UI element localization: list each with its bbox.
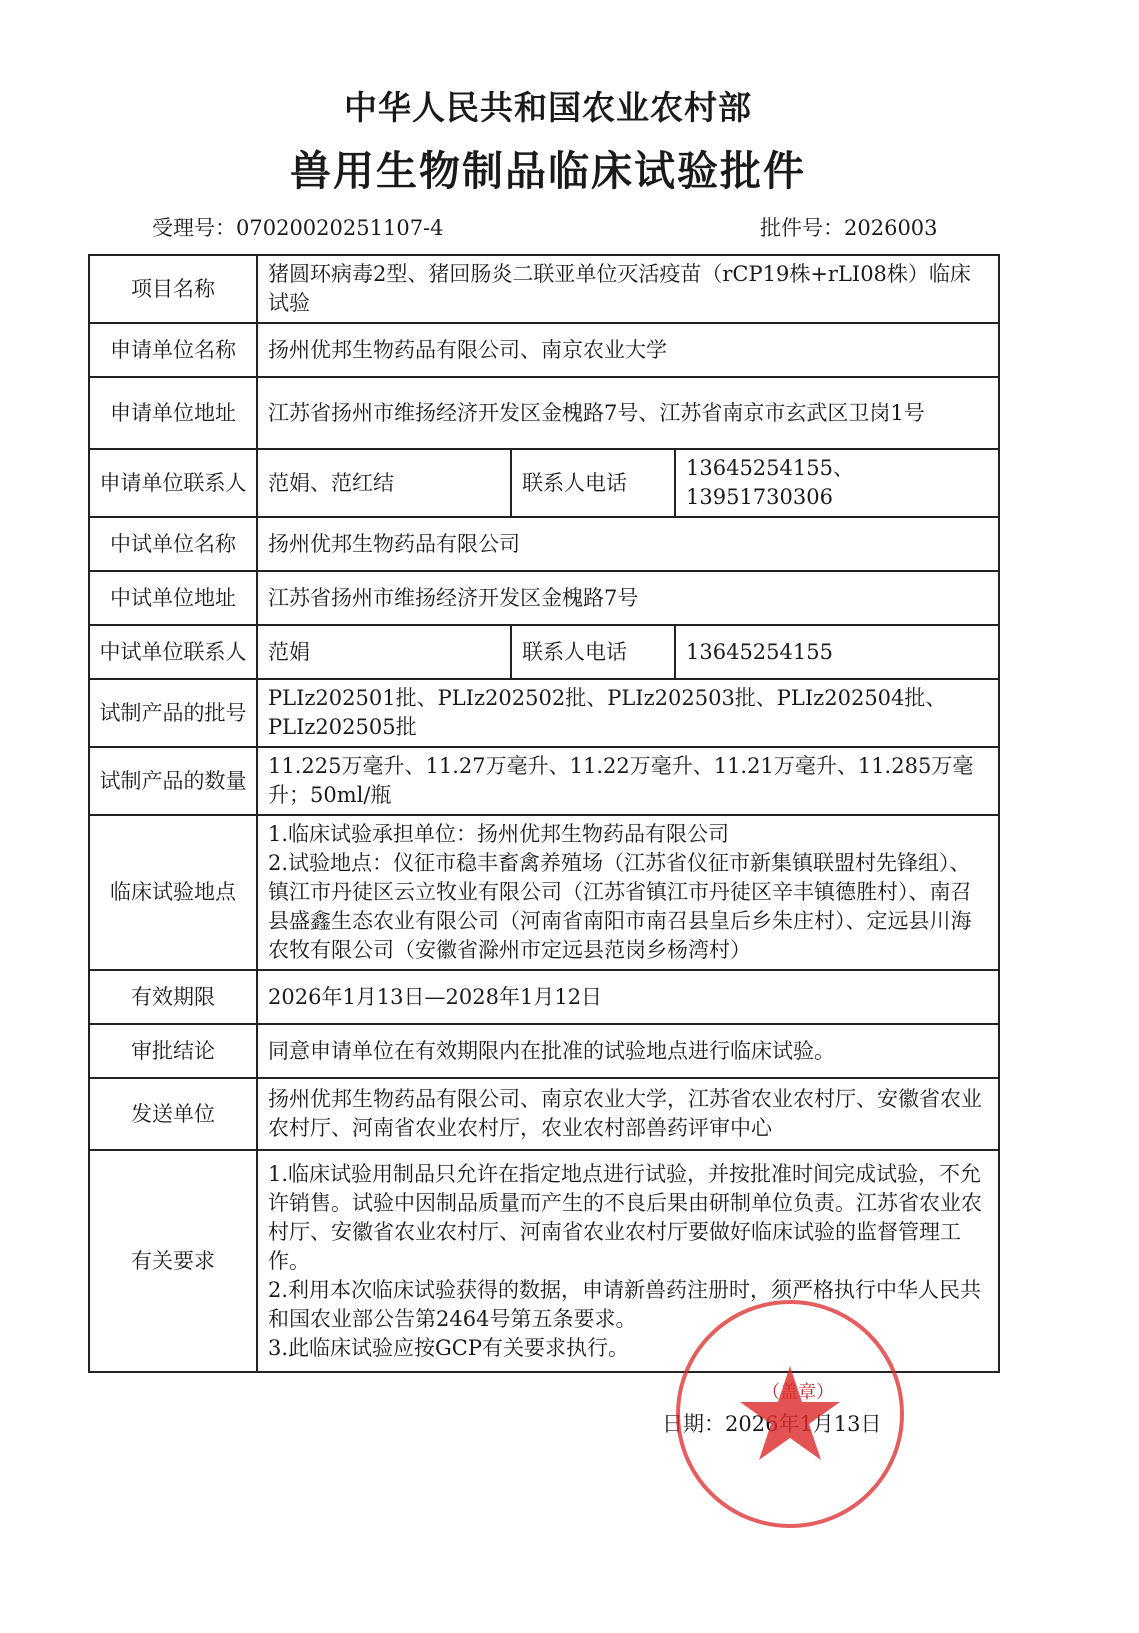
value-applicant-name: 扬州优邦生物药品有限公司、南京农业大学 [257,323,999,377]
value-batch-numbers: PLIz202501批、PLIz202502批、PLIz202503批、PLIz… [257,679,999,747]
table-row: 中试单位名称 扬州优邦生物药品有限公司 [89,517,999,571]
table-row: 申请单位联系人 范娟、范红结 联系人电话 13645254155、1395173… [89,449,999,517]
table-row: 中试单位地址 江苏省扬州市维扬经济开发区金槐路7号 [89,571,999,625]
label-quantity: 试制产品的数量 [89,747,257,815]
label-trial-unit-phone: 联系人电话 [511,625,675,679]
label-applicant-name: 申请单位名称 [89,323,257,377]
table-row: 有效期限 2026年1月13日—2028年1月12日 [89,970,999,1024]
value-conclusion: 同意申请单位在有效期限内在批准的试验地点进行临床试验。 [257,1024,999,1078]
value-recipients: 扬州优邦生物药品有限公司、南京农业大学，江苏省农业农村厅、安徽省农业农村厅、河南… [257,1078,999,1150]
approval-table: 项目名称 猪圆环病毒2型、猪回肠炎二联亚单位灭活疫苗（rCP19株+rLI08株… [88,254,1000,1373]
table-row: 发送单位 扬州优邦生物药品有限公司、南京农业大学，江苏省农业农村厅、安徽省农业农… [89,1078,999,1150]
value-project-name: 猪圆环病毒2型、猪回肠炎二联亚单位灭活疫苗（rCP19株+rLI08株）临床试验 [257,255,999,323]
value-validity: 2026年1月13日—2028年1月12日 [257,970,999,1024]
label-applicant-phone: 联系人电话 [511,449,675,517]
table-row: 试制产品的批号 PLIz202501批、PLIz202502批、PLIz2025… [89,679,999,747]
approval-number: 批件号：2026003 [760,212,938,242]
label-applicant-contact: 申请单位联系人 [89,449,257,517]
table-row: 临床试验地点 1.临床试验承担单位：扬州优邦生物药品有限公司 2.试验地点：仪征… [89,815,999,970]
label-requirements: 有关要求 [89,1150,257,1372]
value-applicant-address: 江苏省扬州市维扬经济开发区金槐路7号、江苏省南京市玄武区卫岗1号 [257,377,999,449]
requirement-3: 3.此临床试验应按GCP有关要求执行。 [268,1334,988,1363]
value-trial-unit-contact: 范娟 [257,625,511,679]
table-row: 申请单位地址 江苏省扬州市维扬经济开发区金槐路7号、江苏省南京市玄武区卫岗1号 [89,377,999,449]
label-trial-unit-contact: 中试单位联系人 [89,625,257,679]
stamp-note: （盖章） [762,1378,834,1404]
label-trial-unit-address: 中试单位地址 [89,571,257,625]
table-row: 项目名称 猪圆环病毒2型、猪回肠炎二联亚单位灭活疫苗（rCP19株+rLI08株… [89,255,999,323]
value-trial-unit-address: 江苏省扬州市维扬经济开发区金槐路7号 [257,571,999,625]
requirement-1: 1.临床试验用制品只允许在指定地点进行试验，并按批准时间完成试验，不允许销售。试… [268,1160,988,1276]
label-recipients: 发送单位 [89,1078,257,1150]
issue-date: 日期：2026年1月13日 [662,1408,882,1438]
value-applicant-phone: 13645254155、13951730306 [675,449,999,517]
table-row: 有关要求 1.临床试验用制品只允许在指定地点进行试验，并按批准时间完成试验，不允… [89,1150,999,1372]
table-row: 申请单位名称 扬州优邦生物药品有限公司、南京农业大学 [89,323,999,377]
value-trial-sites: 1.临床试验承担单位：扬州优邦生物药品有限公司 2.试验地点：仪征市稳丰畜禽养殖… [257,815,999,970]
value-trial-unit-name: 扬州优邦生物药品有限公司 [257,517,999,571]
acceptance-number: 受理号：07020020251107-4 [152,212,444,242]
label-validity: 有效期限 [89,970,257,1024]
label-trial-sites: 临床试验地点 [89,815,257,970]
table-row: 试制产品的数量 11.225万毫升、11.27万毫升、11.22万毫升、11.2… [89,747,999,815]
label-applicant-address: 申请单位地址 [89,377,257,449]
label-trial-unit-name: 中试单位名称 [89,517,257,571]
value-requirements: 1.临床试验用制品只允许在指定地点进行试验，并按批准时间完成试验，不允许销售。试… [257,1150,999,1372]
value-applicant-contact: 范娟、范红结 [257,449,511,517]
ministry-name: 中华人民共和国农业农村部 [0,82,1096,129]
label-batch-numbers: 试制产品的批号 [89,679,257,747]
requirement-2: 2.利用本次临床试验获得的数据，申请新兽药注册时，须严格执行中华人民共和国农业部… [268,1276,988,1334]
label-conclusion: 审批结论 [89,1024,257,1078]
value-quantity: 11.225万毫升、11.27万毫升、11.22万毫升、11.21万毫升、11.… [257,747,999,815]
table-row: 审批结论 同意申请单位在有效期限内在批准的试验地点进行临床试验。 [89,1024,999,1078]
trial-sites-line1: 1.临床试验承担单位：扬州优邦生物药品有限公司 [268,820,988,849]
table-row: 中试单位联系人 范娟 联系人电话 13645254155 [89,625,999,679]
trial-sites-line2: 2.试验地点：仪征市稳丰畜禽养殖场（江苏省仪征市新集镇联盟村先锋组）、镇江市丹徒… [268,849,988,965]
value-trial-unit-phone: 13645254155 [675,625,999,679]
label-project-name: 项目名称 [89,255,257,323]
document-title: 兽用生物制品临床试验批件 [0,138,1096,197]
